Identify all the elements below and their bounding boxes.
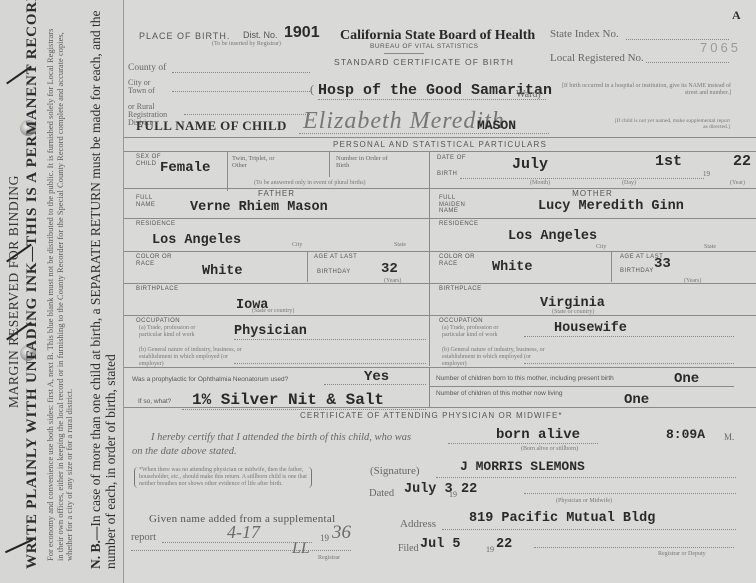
mother-age-value[interactable]: 33	[654, 256, 671, 272]
corner-letter: A	[732, 8, 741, 23]
father-color-value[interactable]: White	[202, 264, 243, 279]
father-age-label-1: AGE AT LAST	[314, 254, 357, 260]
section-personal: PERSONAL AND STATISTICAL PARTICULARS	[124, 140, 756, 149]
column-divider	[429, 188, 430, 366]
mother-heading: MOTHER	[429, 189, 756, 198]
born-status-caption: (Born alive or stillborn)	[521, 446, 578, 452]
father-occ-a-label: (a) Trade, profession or particular kind…	[139, 325, 219, 339]
margin-nb-note: N. B.—In case of more than one child at …	[88, 9, 118, 569]
divider	[124, 283, 429, 284]
divider	[429, 218, 756, 219]
children-living-value[interactable]: One	[624, 392, 649, 408]
physician-line[interactable]	[524, 492, 736, 494]
dob-label-2: BIRTH	[437, 171, 457, 177]
divider	[124, 315, 429, 316]
father-birthplace-label: BIRTHPLACE	[136, 286, 179, 292]
born-status-value: born alive	[496, 427, 580, 443]
bureau-title: BUREAU OF VITAL STATISTICS	[370, 43, 478, 50]
child-surname: MASON	[477, 118, 516, 133]
divider	[227, 151, 228, 191]
registrar-line[interactable]	[534, 546, 734, 548]
dist-no-value: 1901	[284, 24, 320, 42]
dated-value[interactable]: July 3	[404, 482, 453, 497]
mother-residence-label: RESIDENCE	[439, 221, 479, 227]
order-label: Number in Order of Birth	[336, 155, 396, 169]
dob-day: 1st	[655, 153, 682, 170]
supplemental-initials: LL	[292, 540, 310, 558]
father-residence-label: RESIDENCE	[136, 221, 176, 227]
divider	[384, 53, 424, 54]
month-caption: (Month)	[530, 180, 550, 186]
ward-label: Ward)	[516, 89, 541, 100]
plural-note: (To be answered only in event of plural …	[254, 180, 366, 186]
father-name-value[interactable]: Verne Rhiem Mason	[190, 200, 328, 215]
mother-name-value[interactable]: Lucy Meredith Ginn	[538, 199, 684, 214]
place-of-birth-label: PLACE OF BIRTH.	[139, 31, 230, 41]
children-born-label: Number of children born to this mother, …	[436, 375, 614, 382]
state-index-label: State Index No.	[550, 28, 619, 40]
father-state-caption: State	[394, 242, 406, 248]
local-registered-value: 7065	[700, 40, 741, 55]
supplemental-registrar-caption: Registrar	[318, 555, 340, 561]
dated-year: 22	[461, 482, 477, 497]
divider	[124, 151, 756, 152]
mother-state-caption: State	[704, 244, 716, 250]
city-field[interactable]	[172, 88, 310, 92]
father-residence-value[interactable]: Los Angeles	[152, 233, 241, 248]
father-birthplace-caption: (State or country)	[252, 308, 294, 314]
supplemental-report-label: report	[131, 532, 156, 543]
hospital-note: [If birth occurred in a hospital or inst…	[559, 83, 731, 96]
dob-century: 19	[703, 170, 710, 178]
father-color-label: COLOR OR RACE	[136, 254, 176, 268]
prophylactic-answer: Yes	[364, 369, 389, 385]
mother-occ-a-value[interactable]: Housewife	[524, 321, 734, 337]
divider	[429, 251, 756, 252]
mother-occ-a-label: (a) Trade, profession or particular kind…	[442, 325, 522, 339]
children-born-value[interactable]: One	[674, 371, 699, 387]
divider	[611, 251, 612, 282]
mother-occ-b-field[interactable]	[524, 362, 734, 364]
father-occ-b-label: (b) General nature of industry, business…	[139, 347, 249, 368]
address-value: 819 Pacific Mutual Bldg	[469, 511, 655, 526]
supplemental-year: 36	[332, 522, 351, 544]
mother-color-value[interactable]: White	[492, 260, 533, 275]
sex-label: SEX OF CHILD	[136, 154, 162, 168]
mother-city-caption: City	[596, 244, 606, 250]
margin-write-note: WRITE PLAINLY WITH UNFADING INK—THIS IS …	[24, 9, 41, 569]
twin-label: Twin, Triplet, or Other	[232, 155, 282, 169]
city-label: City or Town of	[128, 79, 168, 95]
mother-occupation-label: OCCUPATION	[439, 318, 483, 324]
sex-value[interactable]: Female	[160, 160, 210, 176]
certificate-statement-1: I hereby certify that I attended the bir…	[151, 432, 411, 443]
divider	[429, 386, 734, 387]
birth-certificate: MARGIN RESERVED FOR BINDING WRITE PLAINL…	[0, 0, 756, 583]
child-name-field[interactable]: Elizabeth Meredith MASON	[299, 118, 549, 134]
institution-field[interactable]: Hosp of the Good Samaritan	[318, 82, 546, 100]
day-caption: (Day)	[622, 180, 636, 186]
filed-value[interactable]: Jul 5	[420, 537, 461, 552]
dob-label-1: DATE OF	[437, 155, 466, 161]
physician-caption: (Physician or Midwife)	[556, 498, 612, 504]
dist-no-label: Dist. No.	[243, 30, 278, 40]
divider	[307, 251, 308, 282]
supplemental-registrar-line[interactable]	[131, 549, 351, 551]
registrar-caption: Registrar or Deputy	[658, 551, 706, 557]
dob-field[interactable]	[460, 171, 704, 179]
father-name-label: FULL NAME	[136, 195, 162, 209]
margin-fine-print: For economy and convenience use both sid…	[46, 21, 75, 561]
divider	[329, 151, 330, 177]
divider	[429, 315, 756, 316]
divider	[124, 251, 429, 252]
year-caption: (Year)	[730, 180, 745, 186]
signature-label: (Signature)	[370, 465, 419, 477]
mother-birthplace-label: BIRTHPLACE	[439, 286, 482, 292]
filed-year: 22	[496, 537, 512, 552]
prophylactic-question: Was a prophylactic for Ophthalmia Neonat…	[132, 376, 288, 383]
child-name-label: FULL NAME OF CHILD	[136, 118, 287, 134]
name-note: [If child is not yet named, make supplem…	[614, 118, 730, 130]
divider	[124, 137, 756, 138]
mother-occ-b-label: (b) General nature of industry, business…	[442, 347, 552, 368]
father-age-value[interactable]: 32	[381, 261, 398, 277]
divider	[124, 367, 756, 368]
dob-month: July	[512, 156, 548, 173]
county-field[interactable]	[172, 64, 310, 73]
mother-name-label: FULL MAIDEN NAME	[439, 195, 471, 215]
certificate-form: PLACE OF BIRTH. Dist. No. 1901 (To be in…	[124, 0, 756, 583]
local-registered-label: Local Registered No.	[550, 52, 644, 64]
children-living-label: Number of children of this mother now li…	[436, 390, 562, 397]
supplemental-century: 19	[320, 533, 329, 543]
mother-color-label: COLOR OR RACE	[439, 254, 479, 268]
state-index-field[interactable]	[626, 30, 729, 40]
margin-binding-note: MARGIN RESERVED FOR BINDING	[6, 4, 22, 579]
dob-year: 22	[733, 153, 751, 170]
board-title: California State Board of Health	[340, 28, 535, 44]
dated-century: 19	[449, 490, 457, 499]
address-label: Address	[400, 518, 436, 530]
binding-margin: MARGIN RESERVED FOR BINDING WRITE PLAINL…	[0, 0, 124, 583]
signature-value: J MORRIS SLEMONS	[460, 459, 585, 474]
birth-time-suffix: M.	[724, 432, 734, 442]
mother-age-label-2: BIRTHDAY	[620, 268, 654, 274]
child-given-name: Elizabeth Meredith	[303, 108, 505, 135]
dated-label: Dated	[369, 488, 394, 499]
prophylactic-what-label: If so, what?	[138, 398, 171, 405]
dist-note: (To be inserted by Registrar)	[212, 41, 281, 47]
father-occupation-label: OCCUPATION	[136, 318, 180, 324]
divider	[124, 218, 429, 219]
mother-residence-value[interactable]: Los Angeles	[508, 229, 597, 244]
birth-time-value[interactable]: 8:09A	[666, 427, 705, 442]
divider	[429, 151, 430, 191]
filed-label: Filed	[398, 543, 419, 554]
certificate-title: STANDARD CERTIFICATE OF BIRTH	[334, 57, 514, 67]
certificate-statement-2: on the date above stated.	[132, 446, 237, 457]
divider	[124, 407, 756, 408]
open-paren: (	[310, 82, 314, 97]
father-city-caption: City	[292, 242, 302, 248]
filed-century: 19	[486, 545, 494, 554]
county-label: County of	[128, 63, 166, 73]
certificate-heading: CERTIFICATE OF ATTENDING PHYSICIAN OR MI…	[300, 411, 563, 420]
father-occ-a-value[interactable]: Physician	[234, 324, 426, 340]
father-occ-b-field[interactable]	[234, 362, 426, 364]
father-heading: FATHER	[124, 189, 429, 198]
certificate-footnote: *When there was no attending physician o…	[134, 467, 312, 488]
divider	[429, 367, 430, 407]
divider	[429, 283, 756, 284]
supplemental-date: 4-17	[227, 522, 260, 543]
rural-district-field[interactable]	[184, 111, 310, 115]
father-age-label-2: BIRTHDAY	[317, 269, 351, 275]
